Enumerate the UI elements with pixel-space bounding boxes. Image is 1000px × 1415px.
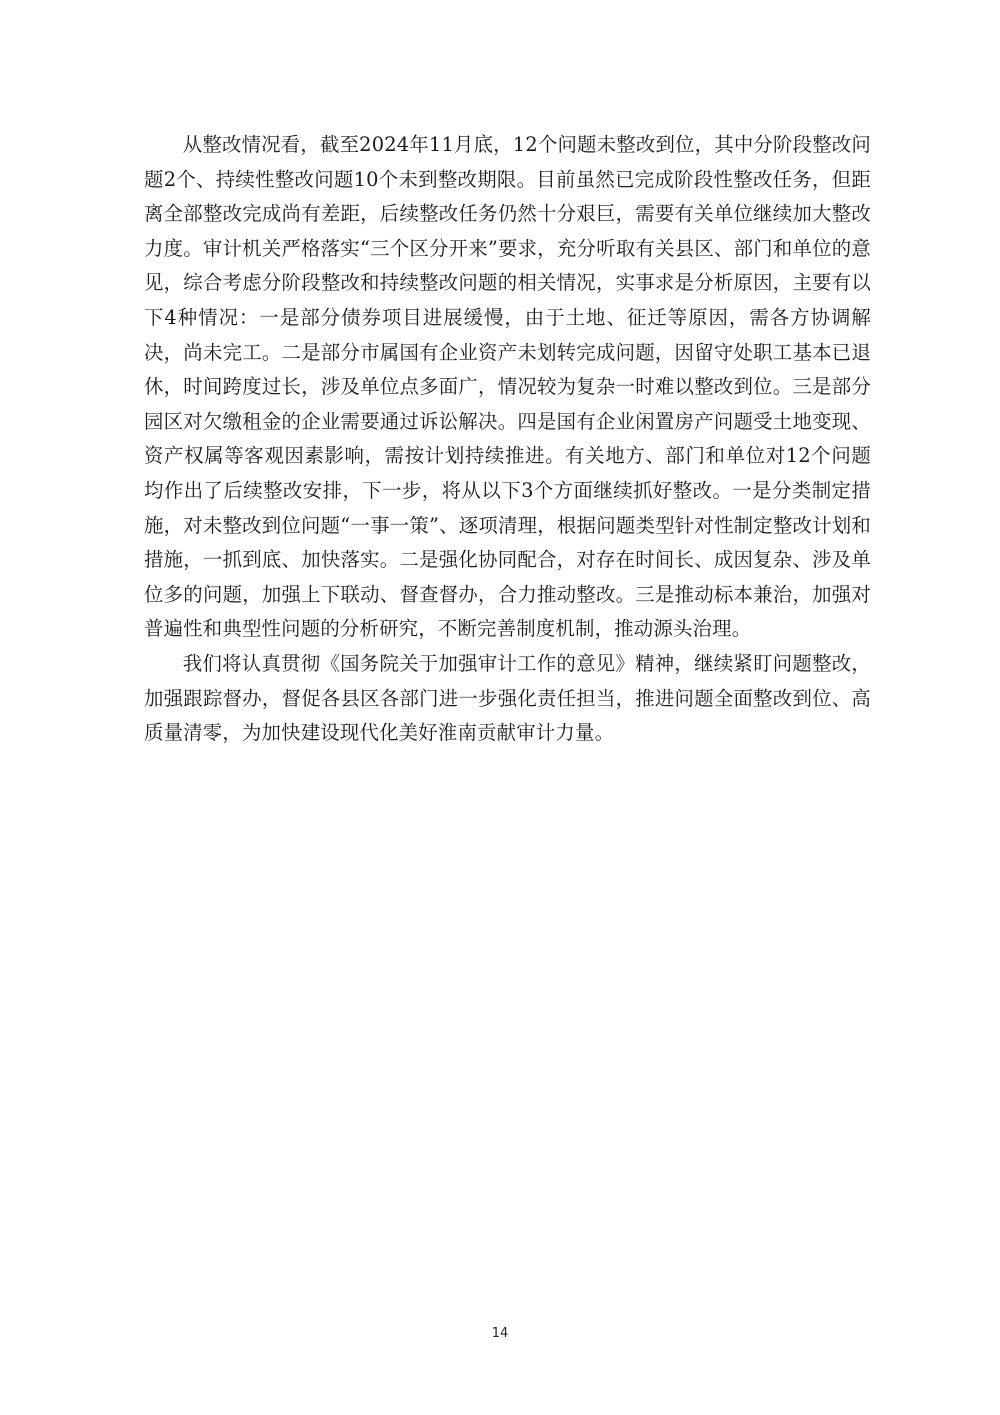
- body-text: 从整改情况看，截至2024年11月底，12个问题未整改到位，其中分阶段整改问题2…: [144, 128, 871, 751]
- page-number: 14: [0, 1326, 1000, 1341]
- document-page: 从整改情况看，截至2024年11月底，12个问题未整改到位，其中分阶段整改问题2…: [0, 0, 1000, 1415]
- paragraph-rectification-status: 从整改情况看，截至2024年11月底，12个问题未整改到位，其中分阶段整改问题2…: [144, 128, 871, 647]
- paragraph-conclusion: 我们将认真贯彻《国务院关于加强审计工作的意见》精神，继续紧盯问题整改，加强跟踪督…: [144, 647, 871, 751]
